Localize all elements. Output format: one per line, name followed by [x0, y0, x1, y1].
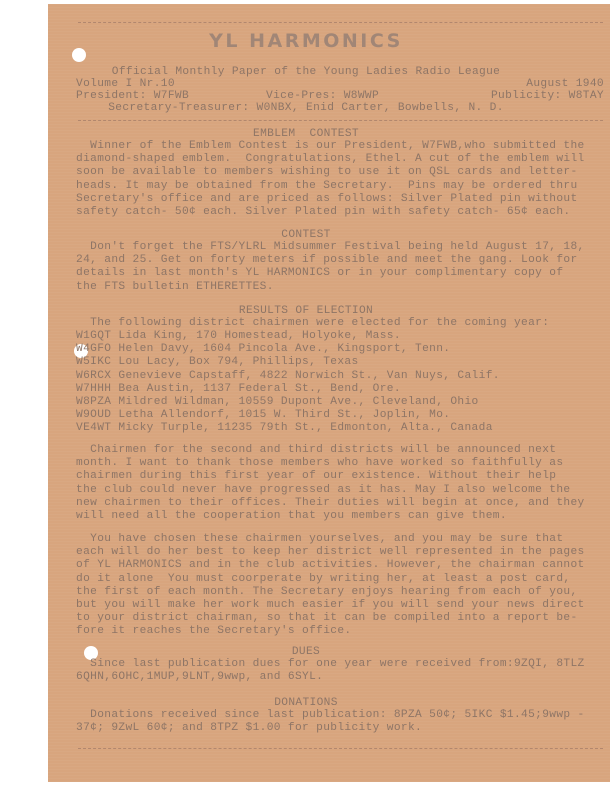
masthead-rule [78, 120, 603, 121]
text-line: of YL HARMONICS and in the club activiti… [76, 559, 585, 572]
chairman-entry: W4GFO Helen Davy, 1604 Pincola Ave., Kin… [76, 343, 500, 356]
text-line: but you will make her work much easier i… [76, 599, 585, 612]
donations-body: Donations received since last publicatio… [76, 709, 585, 735]
text-line: chairmen during this first year of our e… [76, 470, 585, 483]
text-line: 37¢; 9ZwL 60¢; and 8TPZ $1.00 for public… [76, 722, 585, 735]
chairman-entry: W6RCX Genevieve Capstaff, 4822 Norwich S… [76, 370, 500, 383]
masthead-title: YL HARMONICS [0, 30, 612, 52]
text-line: Since last publication dues for one year… [76, 658, 585, 671]
chairman-entry: W1GQT Lida King, 170 Homestead, Holyoke,… [76, 330, 500, 343]
bottom-rule [78, 748, 603, 749]
top-rule [78, 22, 603, 23]
chairman-entry: W8PZA Mildred Wildman, 10559 Dupont Ave.… [76, 396, 500, 409]
text-line: You have chosen these chairmen yourselve… [76, 533, 585, 546]
emblem-body: Winner of the Emblem Contest is our Pres… [76, 140, 585, 219]
text-line: 24, and 25. Get on forty meters if possi… [76, 254, 585, 267]
text-line: soon be available to members wishing to … [76, 166, 585, 179]
chairmen-list: W1GQT Lida King, 170 Homestead, Holyoke,… [76, 330, 500, 436]
secretary-treasurer: Secretary-Treasurer: W0NBX, Enid Carter,… [0, 102, 612, 115]
contest-body: Don't forget the FTS/YLRL Midsummer Fest… [76, 241, 585, 294]
text-line: to your district chairman, so that it ca… [76, 612, 585, 625]
chairman-entry: W5IKC Lou Lacy, Box 794, Phillips, Texas [76, 356, 500, 369]
election-paragraph-1: Chairmen for the second and third distri… [76, 444, 585, 523]
text-line: each will do her best to keep her distri… [76, 546, 585, 559]
dues-body: Since last publication dues for one year… [76, 658, 585, 684]
text-line: the first of each month. The Secretary e… [76, 586, 585, 599]
text-line: Donations received since last publicatio… [76, 709, 585, 722]
election-paragraph-2: You have chosen these chairmen yourselve… [76, 533, 585, 639]
text-line: Secretary's office and are priced as fol… [76, 193, 585, 206]
text-line: diamond-shaped emblem. Congratulations, … [76, 153, 585, 166]
text-line: safety catch- 50¢ each. Silver Plated pi… [76, 206, 585, 219]
text-line: details in last month's YL HARMONICS or … [76, 267, 585, 280]
text-line: the FTS bulletin ETHERETTES. [76, 281, 585, 294]
text-line: Don't forget the FTS/YLRL Midsummer Fest… [76, 241, 585, 254]
text-line: heads. It may be obtained from the Secre… [76, 180, 585, 193]
text-line: fore it reaches the Secretary's office. [76, 625, 585, 638]
text-line: 6QHN,6OHC,1MUP,9LNT,9wwp, and 6SYL. [76, 671, 585, 684]
text-line: new chairmen to their offices. Their dut… [76, 497, 585, 510]
text-line: Winner of the Emblem Contest is our Pres… [76, 140, 585, 153]
text-line: will need all the cooperation that you m… [76, 510, 585, 523]
text-line: do it alone You must coorperate by writi… [76, 573, 585, 586]
text-line: Chairmen for the second and third distri… [76, 444, 585, 457]
chairman-entry: W9OUD Letha Allendorf, 1015 W. Third St.… [76, 409, 500, 422]
text-line: month. I want to thank those members who… [76, 457, 585, 470]
chairman-entry: VE4WT Micky Turple, 11235 79th St., Edmo… [76, 422, 500, 435]
election-intro: The following district chairmen were ele… [76, 317, 549, 330]
text-line: the club could never have progressed as … [76, 484, 585, 497]
chairman-entry: W7HHH Bea Austin, 1137 Federal St., Bend… [76, 383, 500, 396]
